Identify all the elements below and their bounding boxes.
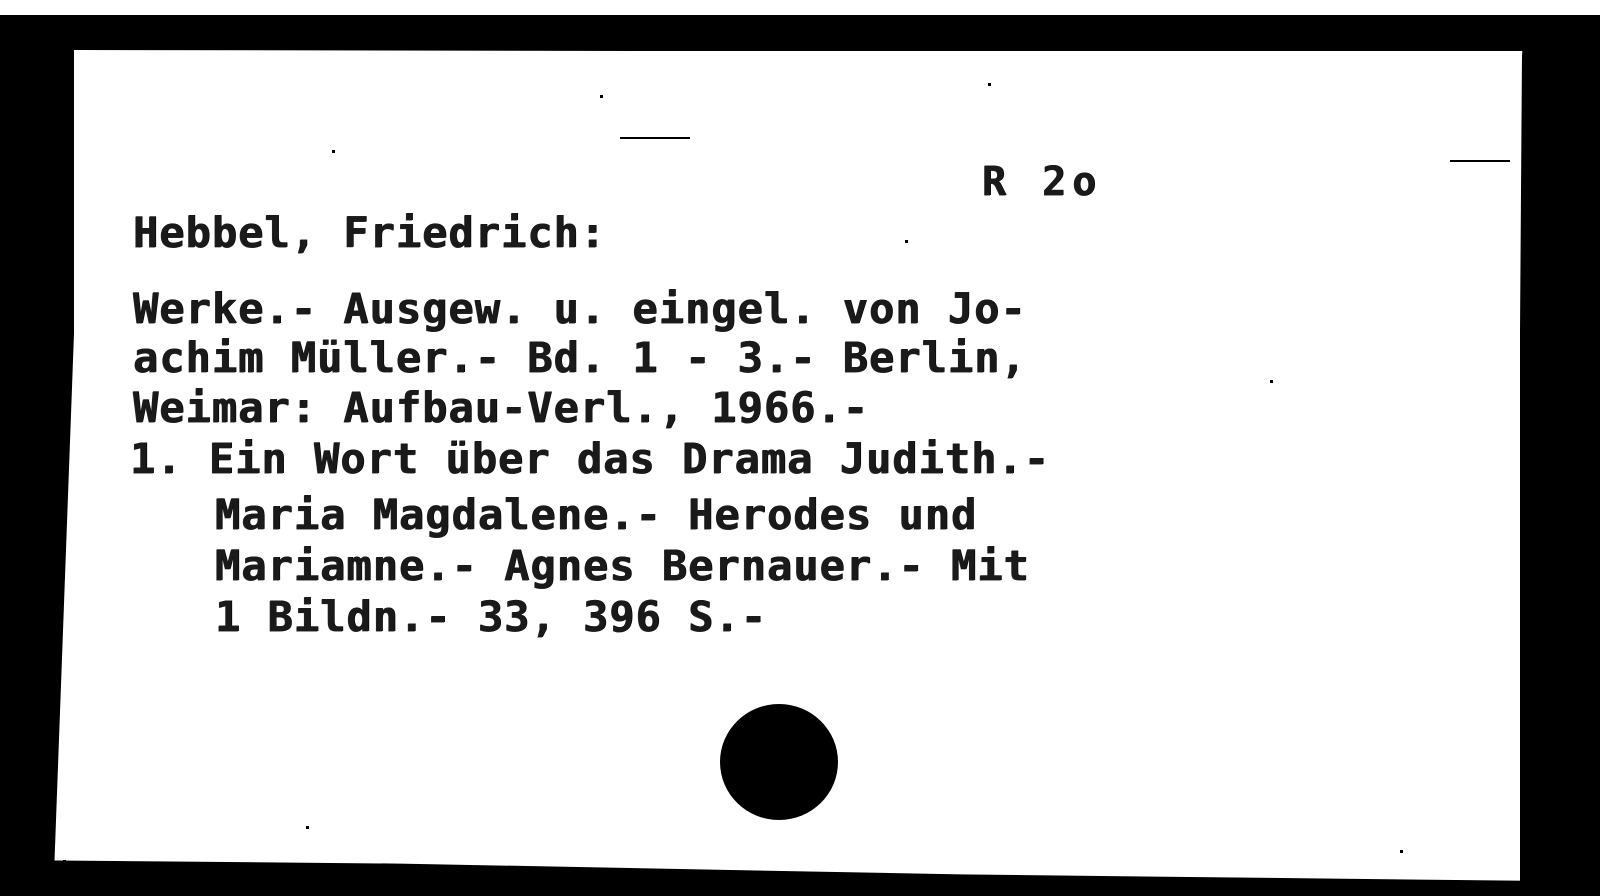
scan-speck: [905, 240, 908, 243]
scan-dash: [1450, 160, 1510, 162]
entry-line: achim Müller.- Bd. 1 - 3.- Berlin,: [133, 337, 1027, 379]
entry-line: Weimar: Aufbau-Verl., 1966.-: [133, 387, 869, 429]
scan-speck: [988, 83, 991, 86]
scan-dash: [210, 20, 240, 22]
scan-speck: [1400, 850, 1403, 853]
entry-line: Maria Magdalene.- Herodes und: [215, 494, 977, 536]
scan-speck: [600, 95, 603, 98]
punch-hole: [720, 704, 838, 820]
scan-speck: [306, 826, 309, 829]
call-number: R 2o: [982, 162, 1102, 202]
entry-line: 1. Ein Wort über das Drama Judith.-: [130, 438, 1050, 480]
scanner-background-top: [0, 15, 1600, 51]
scan-speck: [63, 860, 66, 863]
scan-speck: [332, 150, 335, 153]
scan-dash: [620, 137, 690, 139]
scanner-background-right: [1520, 15, 1600, 896]
scanner-background-bottom: [0, 860, 1600, 896]
author-heading: Hebbel, Friedrich:: [133, 212, 606, 254]
entry-line: 1 Bildn.- 33, 396 S.-: [215, 596, 767, 638]
scanner-background-left: [0, 15, 76, 896]
entry-line: Mariamne.- Agnes Bernauer.- Mit: [215, 545, 1030, 587]
entry-line: Werke.- Ausgew. u. eingel. von Jo-: [133, 288, 1027, 330]
scan-speck: [1270, 380, 1273, 383]
